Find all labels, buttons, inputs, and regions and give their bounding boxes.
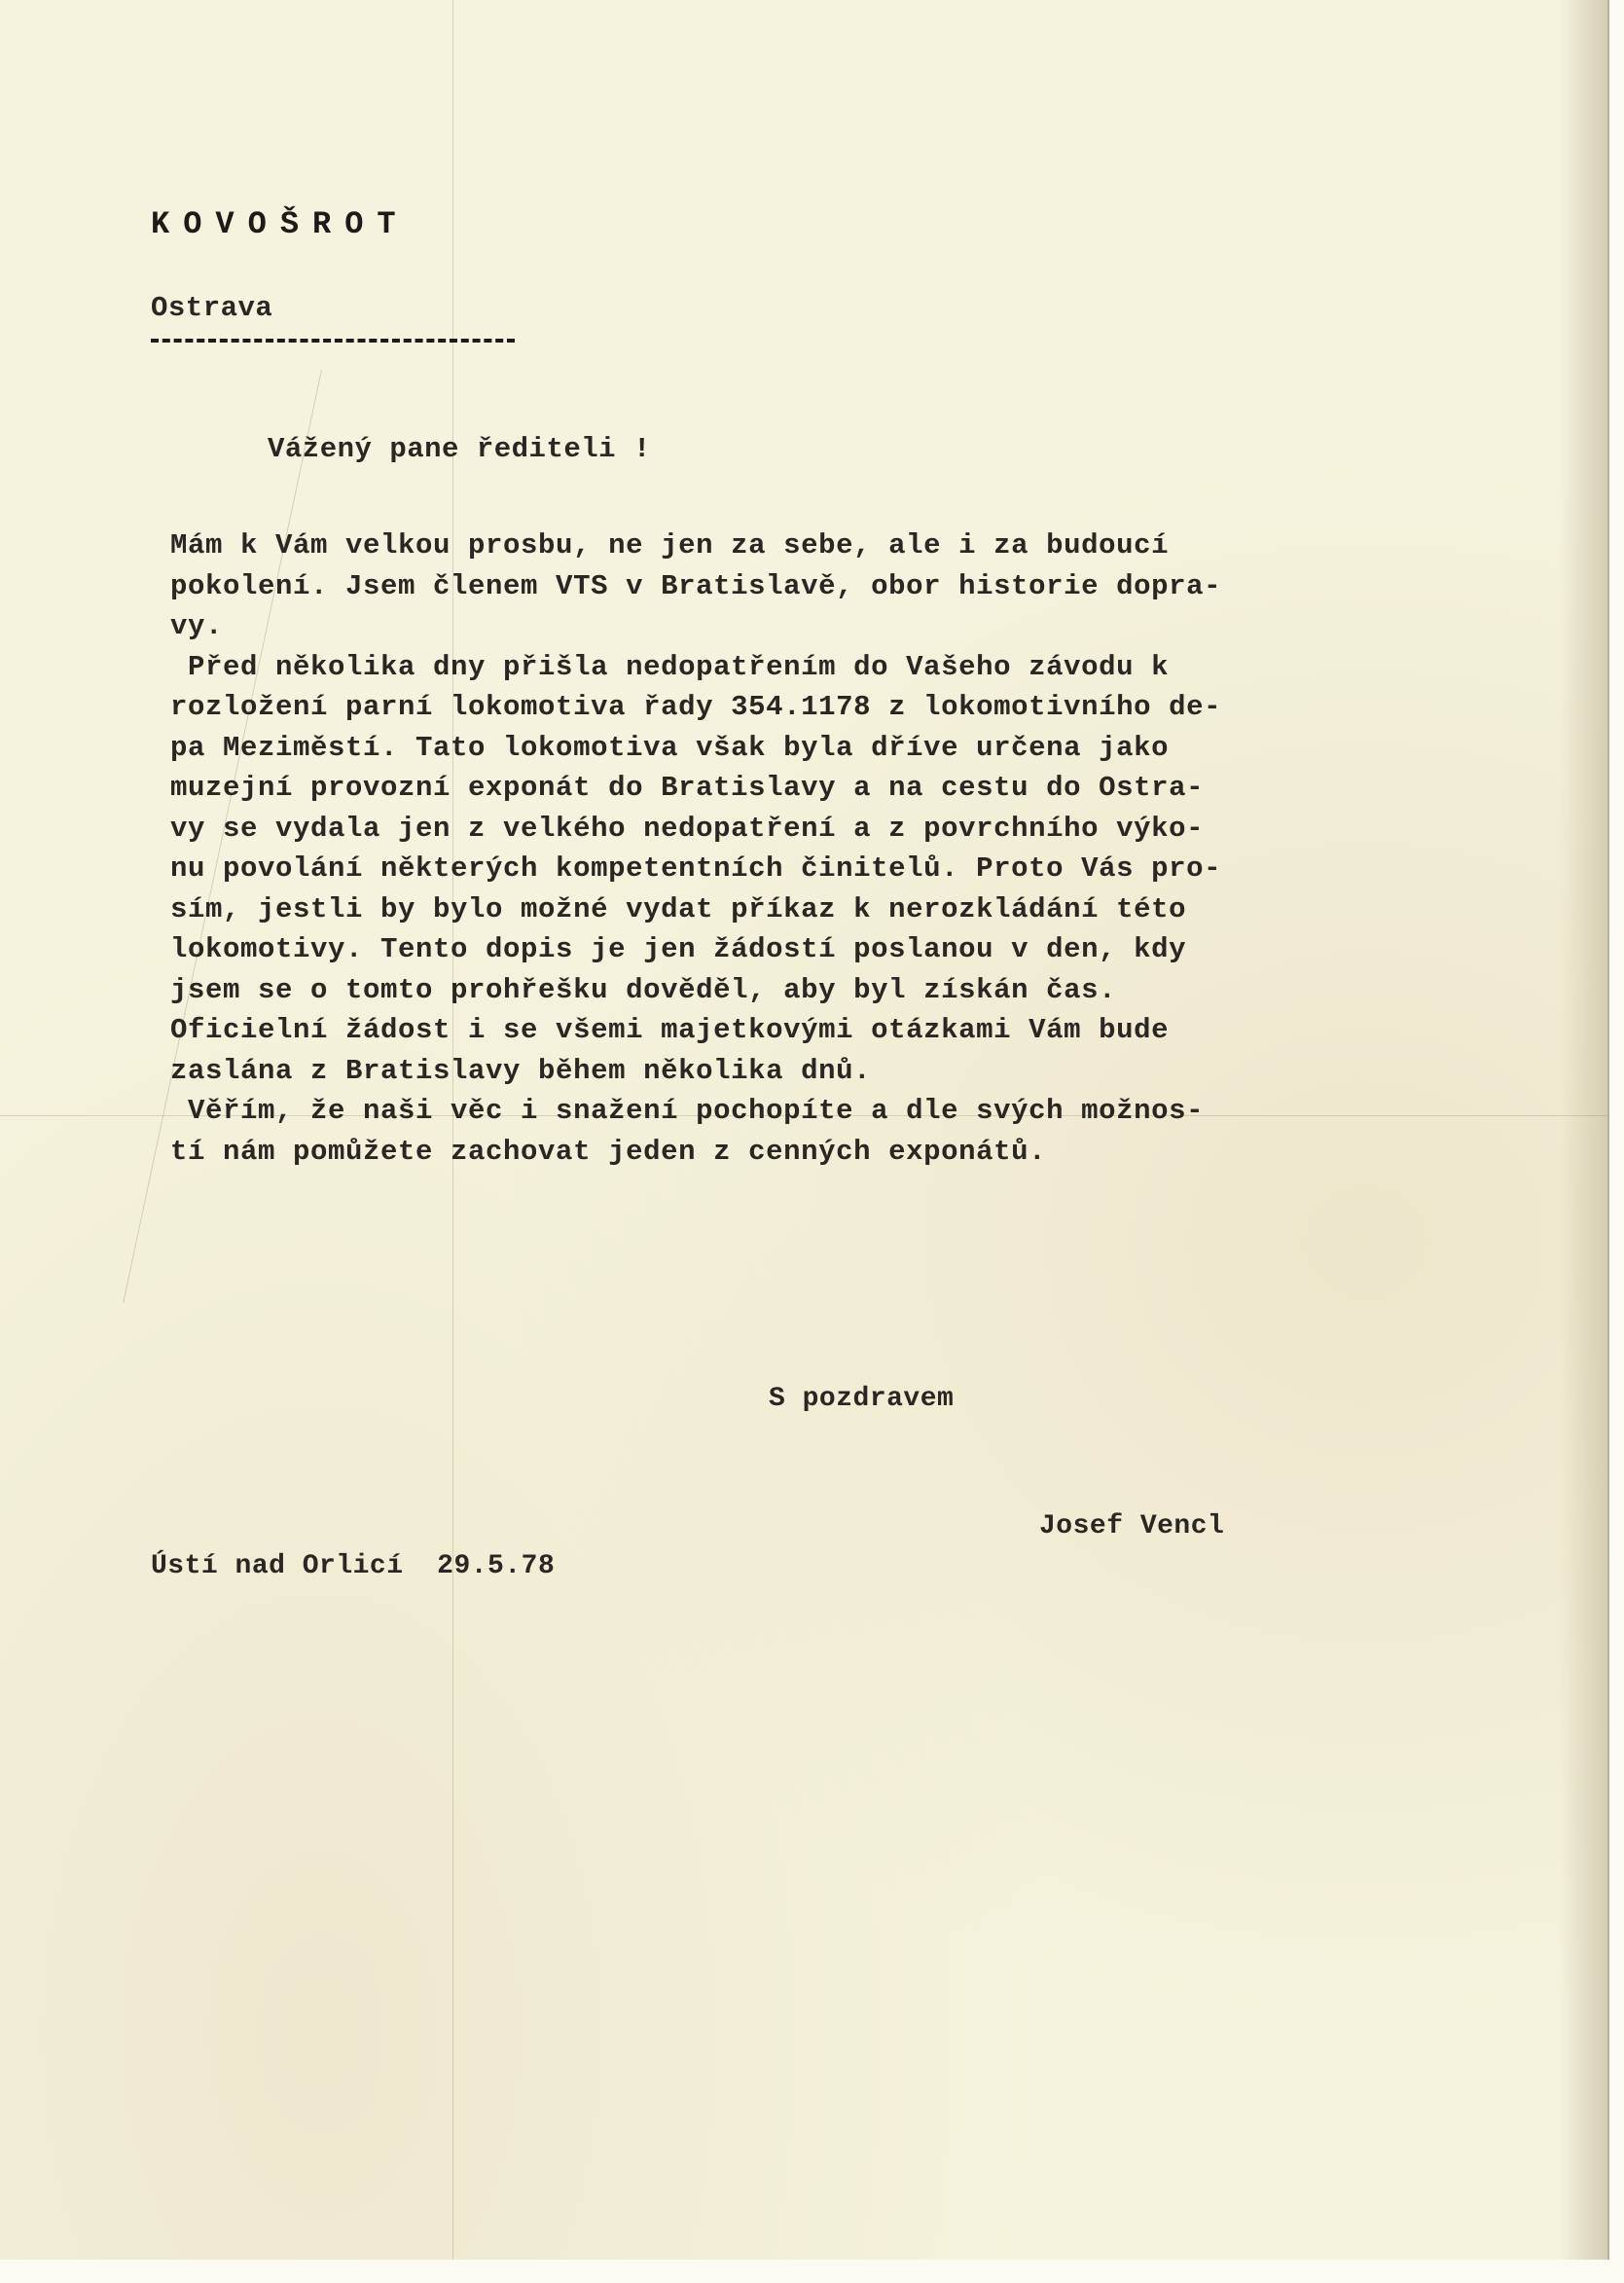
body-line: pokolení. Jsem členem VTS v Bratislavě, … [170,566,1221,607]
body-line: Věřím, že naši věc i snažení pochopíte a… [170,1091,1221,1132]
signature: Josef Vencl [1039,1511,1224,1541]
recipient-company: KOVOŠROT [151,206,410,242]
body-line: nu povolání některých kompetentních čini… [170,849,1221,889]
body-line: tí nám pomůžete zachovat jeden z cenných… [170,1132,1221,1173]
salutation: Vážený pane řediteli ! [268,433,651,465]
recipient-city: Ostrava [151,292,272,324]
body-line: rozložení parní lokomotiva řady 354.1178… [170,687,1221,728]
body-line: zaslána z Bratislavy během několika dnů. [170,1051,1221,1092]
body-line: Oficielní žádost i se všemi majetkovými … [170,1010,1221,1051]
body-line: jsem se o tomto prohřešku dověděl, aby b… [170,970,1221,1011]
letter-paper: KOVOŠROT Ostrava Vážený pane řediteli ! … [0,0,1609,2260]
closing: S pozdravem [769,1384,954,1414]
body-line: sím, jestli by bylo možné vydat příkaz k… [170,889,1221,930]
letter-body: Mám k Vám velkou prosbu, ne jen za sebe,… [170,525,1221,1172]
body-line: pa Meziměstí. Tato lokomotiva však byla … [170,728,1221,769]
body-line: Mám k Vám velkou prosbu, ne jen za sebe,… [170,525,1221,566]
body-line: muzejní provozní exponát do Bratislavy a… [170,768,1221,809]
body-line: lokomotivy. Tento dopis je jen žádostí p… [170,929,1221,970]
body-line: Před několika dny přišla nedopatřením do… [170,647,1221,688]
place-date: Ústí nad Orlicí 29.5.78 [151,1551,555,1581]
body-line: vy. [170,606,1221,647]
address-underline [151,339,515,343]
body-line: vy se vydala jen z velkého nedopatření a… [170,809,1221,850]
